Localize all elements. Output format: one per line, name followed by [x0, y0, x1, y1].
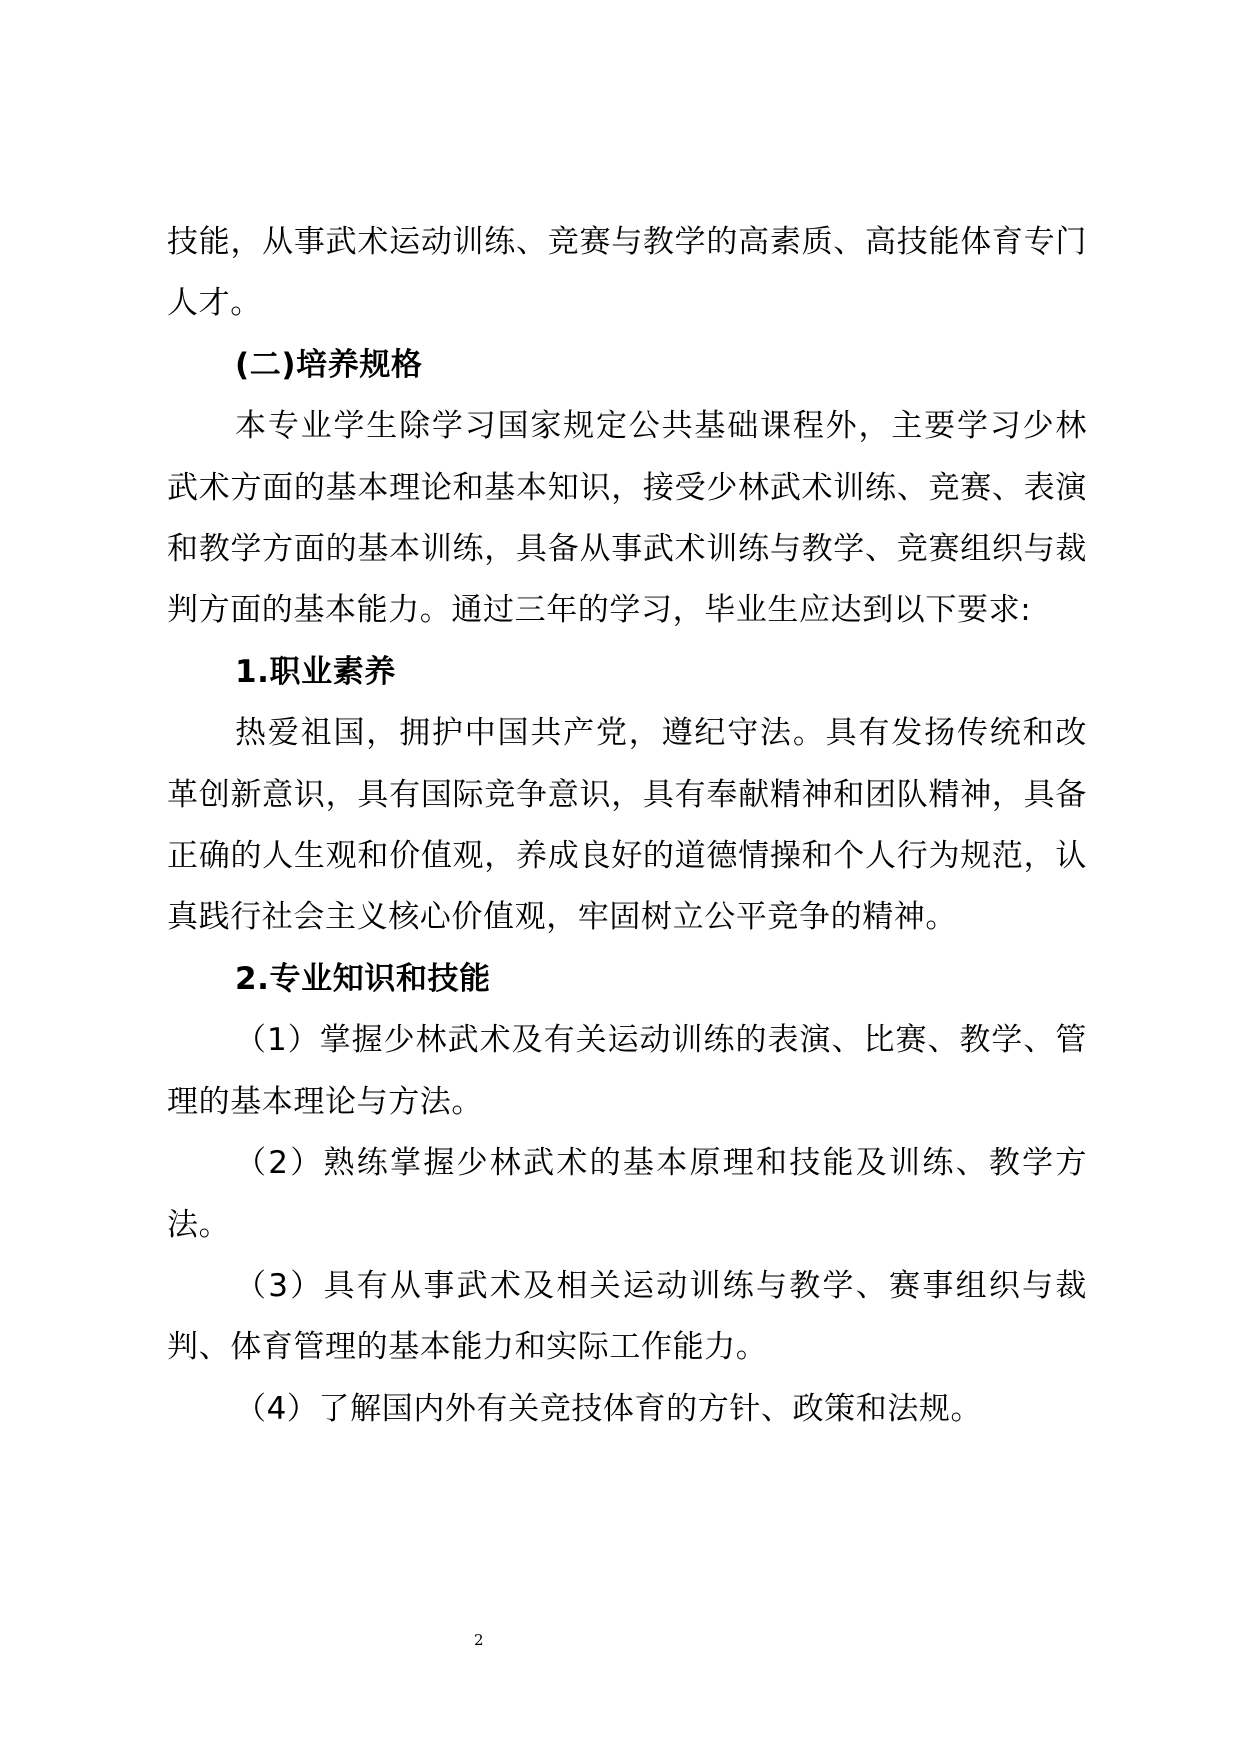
subsection-heading-professional-quality: 1.职业素养 [167, 642, 1087, 703]
list-item: （3）具有从事武术及相关运动训练与教学、赛事组织与裁判、体育管理的基本能力和实际… [167, 1256, 1087, 1379]
document-body: 技能，从事武术运动训练、竞赛与教学的高素质、高技能体育专门人才。 (二)培养规格… [167, 212, 1087, 1440]
list-item: （4）了解国内外有关竞技体育的方针、政策和法规。 [167, 1379, 1087, 1440]
list-item: （1）掌握少林武术及有关运动训练的表演、比赛、教学、管理的基本理论与方法。 [167, 1010, 1087, 1133]
professional-quality-paragraph: 热爱祖国，拥护中国共产党，遵纪守法。具有发扬传统和改革创新意识，具有国际竞争意识… [167, 703, 1087, 949]
list-item: （2）熟练掌握少林武术的基本原理和技能及训练、教学方法。 [167, 1133, 1087, 1256]
section-heading: (二)培养规格 [167, 335, 1087, 396]
intro-paragraph: 本专业学生除学习国家规定公共基础课程外，主要学习少林武术方面的基本理论和基本知识… [167, 396, 1087, 642]
document-page: 技能，从事武术运动训练、竞赛与教学的高素质、高技能体育专门人才。 (二)培养规格… [0, 0, 1240, 1754]
continuation-paragraph: 技能，从事武术运动训练、竞赛与教学的高素质、高技能体育专门人才。 [167, 212, 1087, 335]
page-number: 2 [474, 1630, 484, 1650]
subsection-heading-knowledge-skills: 2.专业知识和技能 [167, 949, 1087, 1010]
